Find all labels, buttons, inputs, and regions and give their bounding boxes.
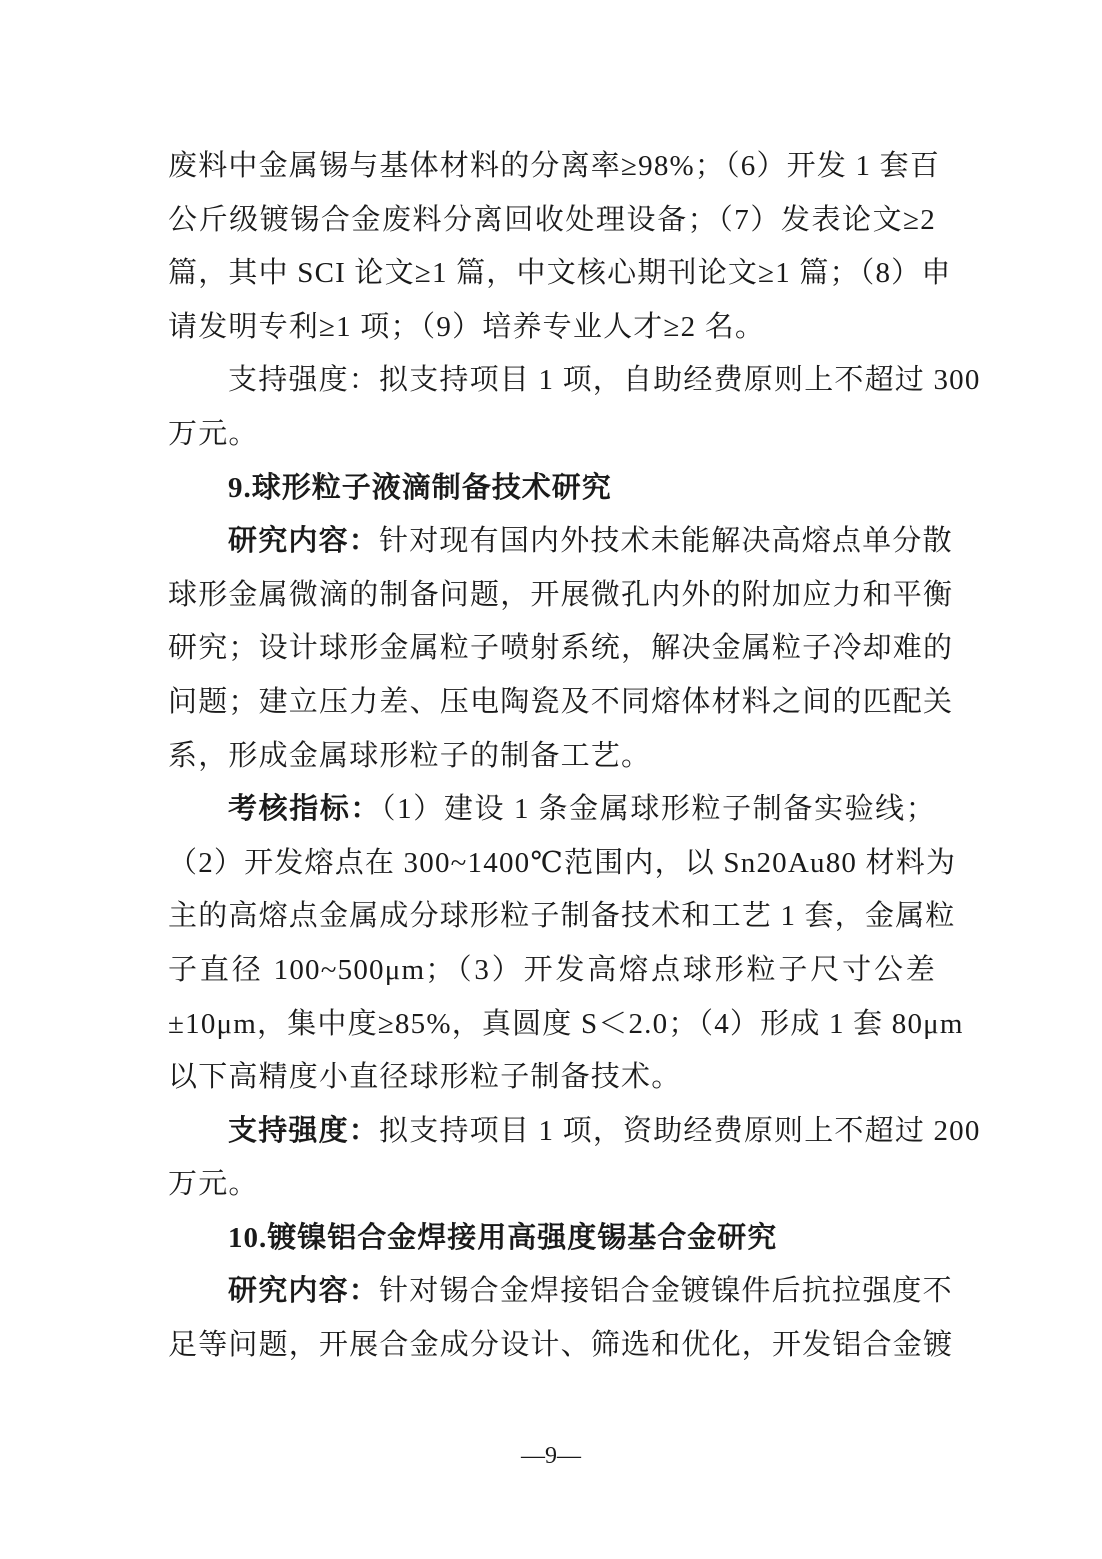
text-line: 研究；设计球形金属粒子喷射系统，解决金属粒子冷却难的 bbox=[168, 622, 936, 676]
lead-label: 支持强度： bbox=[228, 1115, 379, 1147]
section-heading-9: 9.球形粒子液滴制备技术研究 bbox=[168, 462, 936, 516]
text-line: 研究内容：针对锡合金焊接铝合金镀镍件后抗拉强度不 bbox=[168, 1265, 936, 1319]
text-line: 足等问题，开展合金成分设计、筛选和优化，开发铝合金镀 bbox=[168, 1319, 936, 1373]
paragraph-support-strength-8: 支持强度：拟支持项目 1 项，自助经费原则上不超过 300 万元。 bbox=[168, 354, 936, 461]
text-line: 系，形成金属球形粒子的制备工艺。 bbox=[168, 730, 936, 784]
text-line: 公斤级镀锡合金废料分离回收处理设备；（7）发表论文≥2 bbox=[168, 194, 936, 248]
text-line: 子直径 100~500μm；（3）开发高熔点球形粒子尺寸公差 bbox=[168, 944, 936, 998]
paragraph-research-content-10: 研究内容：针对锡合金焊接铝合金镀镍件后抗拉强度不 足等问题，开展合金成分设计、筛… bbox=[168, 1265, 936, 1372]
text-line: 废料中金属锡与基体材料的分离率≥98%；（6）开发 1 套百 bbox=[168, 140, 936, 194]
text-line: 问题；建立压力差、压电陶瓷及不同熔体材料之间的匹配关 bbox=[168, 676, 936, 730]
section-heading-10: 10.镀镍铝合金焊接用高强度锡基合金研究 bbox=[168, 1212, 936, 1266]
text-line: 支持强度：拟支持项目 1 项，自助经费原则上不超过 300 bbox=[168, 354, 936, 408]
text-line: 万元。 bbox=[168, 1158, 936, 1212]
lead-label: 考核指标： bbox=[228, 793, 381, 825]
paragraph-research-content-9: 研究内容：针对现有国内外技术未能解决高熔点单分散 球形金属微滴的制备问题，开展微… bbox=[168, 515, 936, 783]
text-line: 支持强度：拟支持项目 1 项，资助经费原则上不超过 200 bbox=[168, 1105, 936, 1159]
lead-label: 研究内容： bbox=[228, 1275, 379, 1307]
text-line: ±10μm，集中度≥85%，真圆度 S＜2.0；（4）形成 1 套 80μm bbox=[168, 998, 936, 1052]
text-line-body: 拟支持项目 1 项，资助经费原则上不超过 200 bbox=[379, 1115, 981, 1147]
text-line-body: 针对锡合金焊接铝合金镀镍件后抗拉强度不 bbox=[379, 1275, 953, 1307]
paragraph-continuation-indicators: 废料中金属锡与基体材料的分离率≥98%；（6）开发 1 套百 公斤级镀锡合金废料… bbox=[168, 140, 936, 354]
text-line: 请发明专利≥1 项；（9）培养专业人才≥2 名。 bbox=[168, 301, 936, 355]
paragraph-support-strength-9: 支持强度：拟支持项目 1 项，资助经费原则上不超过 200 万元。 bbox=[168, 1105, 936, 1212]
document-page: 废料中金属锡与基体材料的分离率≥98%；（6）开发 1 套百 公斤级镀锡合金废料… bbox=[168, 140, 936, 1373]
text-line: 主的高熔点金属成分球形粒子制备技术和工艺 1 套，金属粒 bbox=[168, 890, 936, 944]
text-line: （2）开发熔点在 300~1400℃范围内，以 Sn20Au80 材料为 bbox=[168, 837, 936, 891]
paragraph-assessment-indicators-9: 考核指标：（1）建设 1 条金属球形粒子制备实验线； （2）开发熔点在 300~… bbox=[168, 783, 936, 1105]
text-line: 篇，其中 SCI 论文≥1 篇，中文核心期刊论文≥1 篇；（8）申 bbox=[168, 247, 936, 301]
text-line: 以下高精度小直径球形粒子制备技术。 bbox=[168, 1051, 936, 1105]
text-line: 球形金属微滴的制备问题，开展微孔内外的附加应力和平衡 bbox=[168, 569, 936, 623]
lead-label: 研究内容： bbox=[228, 525, 379, 557]
text-line: 考核指标：（1）建设 1 条金属球形粒子制备实验线； bbox=[168, 783, 936, 837]
page-number: —9— bbox=[0, 1443, 1102, 1470]
text-line-body: （1）建设 1 条金属球形粒子制备实验线； bbox=[381, 793, 936, 825]
text-line-body: 针对现有国内外技术未能解决高熔点单分散 bbox=[379, 525, 953, 557]
text-line: 研究内容：针对现有国内外技术未能解决高熔点单分散 bbox=[168, 515, 936, 569]
text-line: 万元。 bbox=[168, 408, 936, 462]
